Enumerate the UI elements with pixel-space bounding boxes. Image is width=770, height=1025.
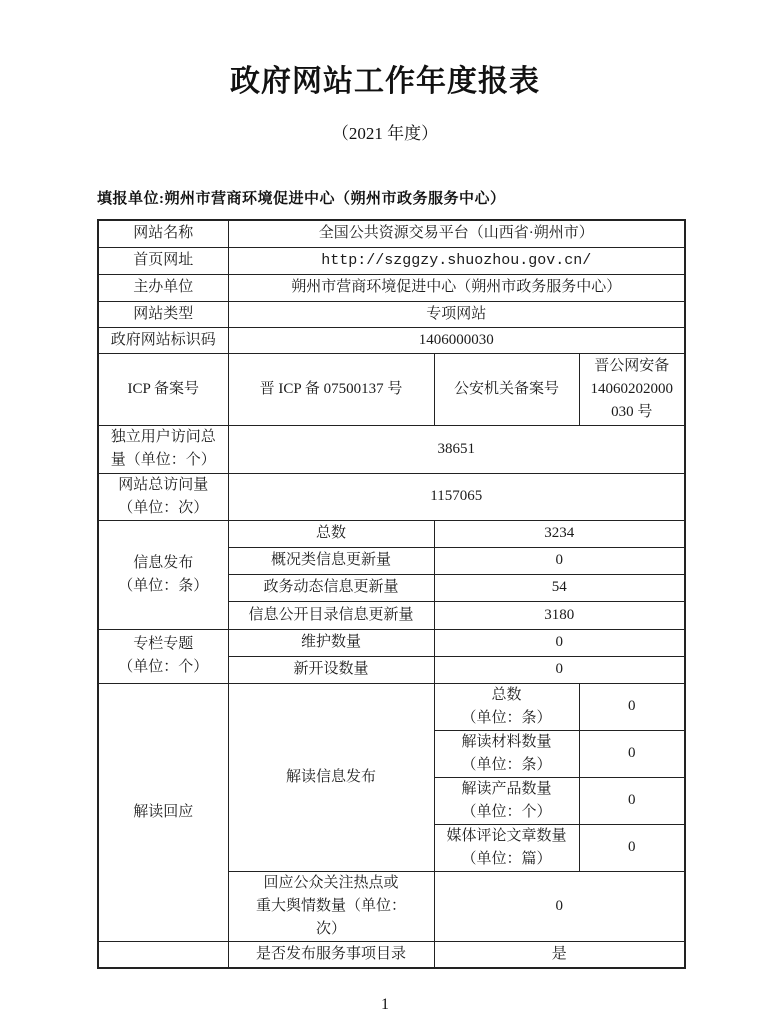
special-columns-new-label: 新开设数量 [228, 656, 434, 683]
empty-group-cell [98, 941, 228, 968]
home-url-label: 首页网址 [98, 247, 228, 274]
reporting-unit-value: 朔州市营商环境促进中心（朔州市政务服务中心） [165, 191, 506, 207]
table-row: 主办单位 朔州市营商环境促进中心（朔州市政务服务中心） [98, 274, 685, 301]
icp-value: 晋 ICP 备 07500137 号 [228, 353, 434, 425]
table-row: 专栏专题 （单位：个） 维护数量 0 [98, 629, 685, 656]
organizer-value: 朔州市营商环境促进中心（朔州市政务服务中心） [228, 274, 685, 301]
service-catalog-label: 是否发布服务事项目录 [228, 941, 434, 968]
table-row: 政府网站标识码 1406000030 [98, 327, 685, 353]
document-page: 政府网站工作年度报表 （2021 年度） 填报单位:朔州市营商环境促进中心（朔州… [0, 0, 770, 1025]
table-row: 网站总访问量 （单位：次） 1157065 [98, 473, 685, 520]
info-publish-dynamics-value: 54 [434, 574, 685, 601]
service-catalog-value: 是 [434, 941, 685, 968]
unique-visitors-label: 独立用户访问总 量（单位：个） [98, 425, 228, 473]
info-publish-group-label: 信息发布 （单位：条） [98, 520, 228, 629]
interpret-media-label: 媒体评论文章数量 （单位：篇） [434, 824, 579, 871]
doc-title: 政府网站工作年度报表 [0, 56, 770, 100]
site-code-label: 政府网站标识码 [98, 327, 228, 353]
interpret-publish-label: 解读信息发布 [228, 683, 434, 871]
info-publish-overview-value: 0 [434, 547, 685, 574]
icp-label: ICP 备案号 [98, 353, 228, 425]
interpret-response-group-label: 解读回应 [98, 683, 228, 941]
police-record-label: 公安机关备案号 [434, 353, 579, 425]
site-code-value: 1406000030 [228, 327, 685, 353]
info-publish-catalog-label: 信息公开目录信息更新量 [228, 601, 434, 629]
total-visits-value: 1157065 [228, 473, 685, 520]
info-publish-overview-label: 概况类信息更新量 [228, 547, 434, 574]
info-publish-dynamics-label: 政务动态信息更新量 [228, 574, 434, 601]
reporting-unit-line: 填报单位:朔州市营商环境促进中心（朔州市政务服务中心） [97, 187, 506, 208]
info-publish-catalog-value: 3180 [434, 601, 685, 629]
info-publish-total-value: 3234 [434, 520, 685, 547]
unique-visitors-value: 38651 [228, 425, 685, 473]
interpret-total-value: 0 [579, 683, 685, 730]
table-row: 解读回应 解读信息发布 总数 （单位：条） 0 [98, 683, 685, 730]
interpret-media-value: 0 [579, 824, 685, 871]
total-visits-label: 网站总访问量 （单位：次） [98, 473, 228, 520]
site-name-value: 全国公共资源交易平台（山西省·朔州市） [228, 220, 685, 247]
hot-response-value: 0 [434, 871, 685, 941]
site-name-label: 网站名称 [98, 220, 228, 247]
interpret-material-value: 0 [579, 730, 685, 777]
reporting-unit-label: 填报单位: [97, 191, 165, 207]
interpret-product-value: 0 [579, 777, 685, 824]
site-type-label: 网站类型 [98, 301, 228, 327]
table-row: 独立用户访问总 量（单位：个） 38651 [98, 425, 685, 473]
table-row: 首页网址 http://szggzy.shuozhou.gov.cn/ [98, 247, 685, 274]
table-row: 网站名称 全国公共资源交易平台（山西省·朔州市） [98, 220, 685, 247]
home-url-value: http://szggzy.shuozhou.gov.cn/ [228, 247, 685, 274]
info-publish-total-label: 总数 [228, 520, 434, 547]
table-row: 信息发布 （单位：条） 总数 3234 [98, 520, 685, 547]
table-row: 是否发布服务事项目录 是 [98, 941, 685, 968]
special-columns-maintain-label: 维护数量 [228, 629, 434, 656]
table-row: 网站类型 专项网站 [98, 301, 685, 327]
interpret-product-label: 解读产品数量 （单位：个） [434, 777, 579, 824]
organizer-label: 主办单位 [98, 274, 228, 301]
special-columns-group-label: 专栏专题 （单位：个） [98, 629, 228, 683]
interpret-total-label: 总数 （单位：条） [434, 683, 579, 730]
site-type-value: 专项网站 [228, 301, 685, 327]
doc-subtitle: （2021 年度） [0, 119, 770, 144]
interpret-material-label: 解读材料数量 （单位：条） [434, 730, 579, 777]
table-row: ICP 备案号 晋 ICP 备 07500137 号 公安机关备案号 晋公网安备… [98, 353, 685, 425]
annual-report-table: 网站名称 全国公共资源交易平台（山西省·朔州市） 首页网址 http://szg… [97, 219, 686, 969]
police-record-value: 晋公网安备 14060202000 030 号 [579, 353, 685, 425]
page-number: 1 [0, 996, 770, 1014]
special-columns-maintain-value: 0 [434, 629, 685, 656]
hot-response-label: 回应公众关注热点或 重大舆情数量（单位： 次） [228, 871, 434, 941]
special-columns-new-value: 0 [434, 656, 685, 683]
